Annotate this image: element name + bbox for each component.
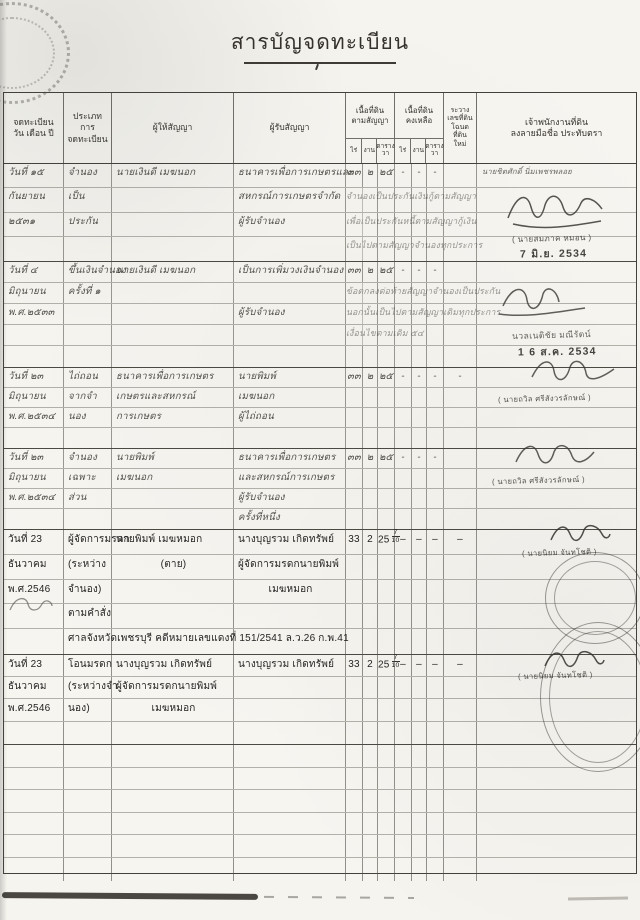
- table-cell: -: [427, 262, 444, 282]
- table-cell: [363, 509, 378, 529]
- table-cell: เป็นการเพิ่มวงเงินจำนอง: [234, 262, 346, 282]
- table-cell: [427, 489, 444, 508]
- table-cell: [412, 745, 427, 767]
- table-cell: [412, 813, 427, 835]
- table-cell: [4, 813, 64, 835]
- table-cell: พ.ศ.๒๕๓๓: [4, 304, 64, 324]
- table-cell: [346, 677, 363, 698]
- table-row: ครั้งที่หนึ่ง: [4, 509, 636, 529]
- table-cell: มิถุนายน: [4, 469, 64, 488]
- table-cell: [412, 835, 427, 857]
- table-cell: ผู้จัดการมรดกนายพิมพ์: [234, 555, 346, 579]
- table-cell: [112, 346, 234, 367]
- table-cell: [363, 408, 378, 427]
- table-cell: [363, 722, 378, 744]
- header-date-line1: จดทะเบียน: [13, 117, 53, 128]
- table-cell: [112, 428, 234, 448]
- table-cell: –: [444, 530, 477, 554]
- table-cell: [378, 604, 395, 628]
- table-cell: [395, 509, 412, 529]
- header-sub-wa: ตารางวา: [377, 139, 394, 163]
- table-cell: [412, 408, 427, 427]
- table-cell: [346, 428, 363, 448]
- table-cell: [378, 388, 395, 407]
- table-cell: [363, 858, 378, 881]
- officer-name-stamp-3: ( นายถวิล ศรีสังวรลักษณ์ ): [498, 392, 591, 406]
- table-cell: 2: [363, 655, 378, 676]
- scanned-registration-page: สารบัญจดทะเบียน จดทะเบียน วัน เดือน ปี ป…: [0, 0, 640, 920]
- table-cell: [477, 858, 636, 881]
- table-cell: [444, 388, 477, 407]
- table-cell: เงื่อนไขตามเดิม ๕๔: [346, 325, 363, 345]
- table-cell: [427, 835, 444, 857]
- table-cell: นอง: [64, 408, 112, 427]
- table-cell: พ.ศ.2546: [4, 699, 64, 720]
- table-cell: –: [427, 655, 444, 676]
- title-underline: [244, 62, 396, 64]
- table-cell: [234, 325, 346, 345]
- header-area-contract-line2: ตามสัญญา: [351, 116, 388, 126]
- header-ravang-line4: ใหม่: [454, 141, 467, 149]
- table-cell: จากจำ: [64, 388, 112, 407]
- table-cell: [112, 188, 234, 211]
- table-cell: [234, 604, 346, 628]
- margin-scribble: [8, 594, 54, 621]
- table-cell: [378, 858, 395, 881]
- header-type-line2: การ: [80, 122, 95, 133]
- table-cell: [444, 469, 477, 488]
- table-cell: [378, 555, 395, 579]
- table-cell: [4, 858, 64, 881]
- table-cell: [427, 408, 444, 427]
- table-cell: [346, 489, 363, 508]
- table-cell: จำนองเป็นประกันเงินกู้ตามสัญญา: [346, 188, 363, 211]
- table-cell: นางบุญรวม เกิดทรัพย์: [234, 655, 346, 676]
- table-row: พ.ศ.๒๕๓๔นองการเกษตรผู้ไถ่ถอน: [4, 408, 636, 428]
- table-cell: [363, 604, 378, 628]
- table-cell: ๒๕: [378, 368, 395, 387]
- table-cell: [64, 745, 112, 767]
- table-cell: ไถ่ถอน: [64, 368, 112, 387]
- header-type-line3: จดทะเบียน: [67, 134, 107, 145]
- table-cell: –: [395, 530, 412, 554]
- table-cell: ๓๓: [346, 368, 363, 387]
- table-cell: [112, 604, 234, 628]
- table-cell: ๒๕: [378, 449, 395, 468]
- table-body: วันที่ ๑๕จำนองนายเงินดี เมฆนอกธนาคารเพื่…: [4, 164, 636, 881]
- table-cell: ๒๕๓๑: [4, 213, 64, 236]
- table-cell: เฉพาะ: [64, 469, 112, 488]
- table-cell: [395, 555, 412, 579]
- table-cell: [64, 722, 112, 744]
- table-cell: [112, 722, 234, 744]
- table-cell: [444, 768, 477, 790]
- table-cell: [234, 428, 346, 448]
- scan-smudge-bottom: [2, 892, 258, 900]
- table-cell: [477, 835, 636, 857]
- table-block-b7: [4, 745, 636, 881]
- table-cell: ประกัน: [64, 213, 112, 236]
- table-cell: [427, 604, 444, 628]
- table-cell: [412, 858, 427, 881]
- table-cell: [112, 325, 234, 345]
- table-cell: [444, 699, 477, 720]
- officer-name-stamp-5: ( นายนิยม จันทโชติ ): [522, 546, 597, 560]
- table-cell: [112, 283, 234, 303]
- table-cell: [444, 580, 477, 604]
- scan-smudge-bottom-right: [568, 896, 628, 900]
- table-cell: ตามคำสั่ง: [64, 604, 112, 628]
- table-cell: [378, 722, 395, 744]
- table-cell: [234, 858, 346, 881]
- table-cell: ธันวาคม: [4, 555, 64, 579]
- table-row: [4, 813, 636, 836]
- table-cell: 25710: [378, 530, 395, 554]
- table-cell: [4, 428, 64, 448]
- table-cell: ครั้งที่ ๑: [64, 283, 112, 303]
- table-cell: [427, 388, 444, 407]
- officer-signature-2: [497, 282, 587, 320]
- table-cell: ผู้รับจำนอง: [234, 304, 346, 324]
- table-cell: [363, 580, 378, 604]
- table-cell: นายเงินดี เมฆนอก: [112, 164, 234, 187]
- table-cell: [477, 813, 636, 835]
- table-cell: ๓๓: [346, 262, 363, 282]
- header-giver: ผู้ให้สัญญา: [112, 93, 234, 163]
- table-cell: [4, 768, 64, 790]
- table-cell: [427, 325, 444, 345]
- table-cell: [346, 408, 363, 427]
- table-cell: วันที่ 23: [4, 655, 64, 676]
- table-cell: ๒: [363, 262, 378, 282]
- table-cell: [412, 428, 427, 448]
- table-row: พ.ศ.2546จำนอง)เมฆหมอก: [4, 580, 636, 605]
- table-cell: -: [427, 449, 444, 468]
- header-type-line1: ประเภท: [73, 111, 102, 122]
- header-ravang-line3: โฉนดที่ดิน: [445, 124, 475, 141]
- table-row: พ.ศ.๒๕๓๔ส่วนผู้รับจำนอง: [4, 489, 636, 509]
- table-cell: ธนาคารเพื่อการเกษตรและ: [234, 164, 346, 187]
- table-cell: [412, 790, 427, 812]
- table-cell: [363, 677, 378, 698]
- table-cell: [444, 408, 477, 427]
- table-cell: [444, 164, 477, 187]
- table-cell: [427, 722, 444, 744]
- table-cell: (ระหว่าง: [64, 555, 112, 579]
- table-cell: (ตาย): [112, 555, 234, 579]
- table-row: ตามคำสั่ง: [4, 604, 636, 629]
- table-cell: [395, 388, 412, 407]
- table-cell: [444, 813, 477, 835]
- table-cell: [427, 428, 444, 448]
- table-row: [4, 722, 636, 744]
- table-cell: วันที่ ๔: [4, 262, 64, 282]
- table-cell: [395, 408, 412, 427]
- table-cell: ข้อตกลงต่อท้ายสัญญาจำนองเป็นประกัน: [346, 283, 363, 303]
- table-cell: สหกรณ์การเกษตรจำกัด: [234, 188, 346, 211]
- table-cell: [112, 745, 234, 767]
- table-cell: เมฆนอก: [234, 388, 346, 407]
- table-cell: วันที่ ๒๓: [4, 449, 64, 468]
- table-cell: ครั้งที่หนึ่ง: [234, 509, 346, 529]
- table-cell: –: [395, 655, 412, 676]
- table-cell: [427, 555, 444, 579]
- table-cell: -: [395, 449, 412, 468]
- table-cell: [64, 835, 112, 857]
- table-cell: [427, 745, 444, 767]
- table-row: [4, 858, 636, 881]
- table-cell: [4, 722, 64, 744]
- table-cell: [427, 768, 444, 790]
- table-cell: จำนอง): [64, 580, 112, 604]
- table-cell: [363, 813, 378, 835]
- table-cell: [346, 509, 363, 529]
- table-cell: [346, 722, 363, 744]
- table-cell: [112, 580, 234, 604]
- table-cell: [412, 677, 427, 698]
- table-cell: 33: [346, 530, 363, 554]
- table-cell: [112, 213, 234, 236]
- table-cell: [64, 790, 112, 812]
- table-cell: [378, 835, 395, 857]
- table-cell: [363, 428, 378, 448]
- table-cell: นางบุญรวม เกิดทรัพย์: [234, 530, 346, 554]
- table-cell: -: [427, 164, 444, 187]
- table-cell: [112, 509, 234, 529]
- table-cell: [395, 604, 412, 628]
- table-cell: [363, 835, 378, 857]
- table-cell: [378, 677, 395, 698]
- table-cell: พ.ศ.๒๕๓๔: [4, 489, 64, 508]
- table-cell: [427, 699, 444, 720]
- table-cell: วันที่ ๒๓: [4, 368, 64, 387]
- table-cell: การเกษตร: [112, 408, 234, 427]
- table-cell: ธนาคารเพื่อการเกษตร: [234, 449, 346, 468]
- table-cell: [444, 835, 477, 857]
- table-cell: [234, 722, 346, 744]
- table-row: [4, 835, 636, 858]
- table-cell: [346, 699, 363, 720]
- table-cell: นอง): [64, 699, 112, 720]
- table-cell: [234, 835, 346, 857]
- table-cell: [112, 813, 234, 835]
- table-cell: [378, 768, 395, 790]
- officer-date-stamp-1: 7 มิ.ย. 2534: [520, 245, 587, 263]
- table-row: วันที่ ๔ขึ้นเงินจำนองนายเงินดี เมฆนอกเป็…: [4, 262, 636, 283]
- garuda-seal-partial: [0, 2, 70, 104]
- table-cell: [444, 790, 477, 812]
- table-cell: [64, 346, 112, 367]
- table-cell: เมฆหมอก: [112, 699, 234, 720]
- table-cell: [395, 813, 412, 835]
- table-cell: [346, 604, 363, 628]
- table-row: [4, 745, 636, 768]
- table-cell: [234, 790, 346, 812]
- table-cell: -: [412, 262, 427, 282]
- table-cell: [378, 428, 395, 448]
- table-cell: [346, 388, 363, 407]
- table-cell: [395, 469, 412, 488]
- table-cell: วันที่ 23: [4, 530, 64, 554]
- table-cell: –: [412, 655, 427, 676]
- table-cell: [363, 489, 378, 508]
- page-title: สารบัญจดทะเบียน: [0, 26, 640, 59]
- table-cell: [444, 722, 477, 744]
- table-cell: [363, 555, 378, 579]
- table-cell: -: [412, 164, 427, 187]
- officer-name-stamp-6: ( นายนิยม จันทโชติ ): [518, 669, 593, 683]
- header-ravang-line2: เลขที่ดิน: [447, 115, 472, 123]
- table-cell: ๓๓: [346, 164, 363, 187]
- table-cell: 33: [346, 655, 363, 676]
- table-header: จดทะเบียน วัน เดือน ปี ประเภท การ จดทะเบ…: [4, 93, 636, 164]
- table-cell: [395, 629, 412, 654]
- table-cell: ๒: [363, 368, 378, 387]
- header-sub-ngan: งาน: [411, 139, 426, 163]
- table-cell: [112, 237, 234, 261]
- table-cell: [112, 835, 234, 857]
- table-cell: [346, 813, 363, 835]
- table-cell: [363, 699, 378, 720]
- table-cell: [444, 449, 477, 468]
- table-cell: [395, 677, 412, 698]
- table-cell: พ.ศ.๒๕๓๔: [4, 408, 64, 427]
- table-cell: [112, 489, 234, 508]
- table-cell: [4, 629, 64, 654]
- table-cell: [395, 699, 412, 720]
- table-cell: ผู้รับจำนอง: [234, 489, 346, 508]
- table-cell: -: [412, 368, 427, 387]
- table-cell: [427, 469, 444, 488]
- table-cell: [412, 699, 427, 720]
- table-cell: [395, 745, 412, 767]
- table-cell: [427, 580, 444, 604]
- table-cell: ๒๕: [378, 262, 395, 282]
- header-sub-rai: ไร่: [346, 139, 362, 163]
- table-cell: [64, 509, 112, 529]
- table-cell: [444, 604, 477, 628]
- table-cell: [412, 469, 427, 488]
- header-type: ประเภท การ จดทะเบียน: [64, 93, 112, 163]
- table-cell: [346, 346, 363, 367]
- table-cell: [378, 408, 395, 427]
- table-cell: [378, 346, 395, 367]
- table-cell: -: [395, 164, 412, 187]
- table-cell: [4, 790, 64, 812]
- table-cell: [234, 813, 346, 835]
- header-sub-rai: ไร่: [395, 139, 411, 163]
- table-cell: เป็น: [64, 188, 112, 211]
- table-cell: [112, 790, 234, 812]
- table-cell: [427, 629, 444, 654]
- table-cell: [477, 489, 636, 508]
- table-cell: [477, 262, 636, 282]
- table-cell: -: [444, 368, 477, 387]
- table-cell: [363, 768, 378, 790]
- officer-name-stamp-2: นวลเนติชัย มณีรัตน์: [512, 327, 591, 343]
- table-cell: [234, 237, 346, 261]
- table-cell: [378, 745, 395, 767]
- table-cell: [444, 489, 477, 508]
- table-cell: ส่วน: [64, 489, 112, 508]
- table-cell: [4, 325, 64, 345]
- table-cell: [234, 346, 346, 367]
- table-cell: วันที่ ๑๕: [4, 164, 64, 187]
- table-cell: ผู้จัดการมรดกนายพิมพ์: [112, 677, 234, 698]
- table-cell: –: [444, 655, 477, 676]
- table-cell: [4, 509, 64, 529]
- header-sub-ngan: งาน: [362, 139, 377, 163]
- table-cell: [4, 346, 64, 367]
- table-cell: [363, 346, 378, 367]
- table-cell: -: [395, 262, 412, 282]
- table-cell: [4, 745, 64, 767]
- table-cell: นายพิมพ์: [112, 449, 234, 468]
- table-cell: [444, 509, 477, 529]
- table-cell: กันยายน: [4, 188, 64, 211]
- table-cell: [64, 428, 112, 448]
- table-cell: [346, 790, 363, 812]
- table-cell: นายพิมพ์: [234, 368, 346, 387]
- table-cell: [112, 304, 234, 324]
- table-cell: ธันวาคม: [4, 677, 64, 698]
- table-cell: [412, 722, 427, 744]
- table-cell: [427, 677, 444, 698]
- table-cell: ธนาคารเพื่อการเกษตร: [112, 368, 234, 387]
- table-cell: [112, 858, 234, 881]
- officer-signature-3: [528, 355, 616, 391]
- table-cell: [346, 580, 363, 604]
- officer-name-stamp-4: ( นายถวิล ศรีสังวรลักษณ์ ): [492, 474, 585, 488]
- table-cell: [346, 835, 363, 857]
- table-cell: [112, 768, 234, 790]
- table-cell: [395, 428, 412, 448]
- table-cell: นายเงินดี เมฆนอก: [112, 262, 234, 282]
- header-receiver: ผู้รับสัญญา: [234, 93, 346, 163]
- table-cell: [64, 304, 112, 324]
- table-cell: [444, 858, 477, 881]
- table-cell: [395, 858, 412, 881]
- table-cell: [363, 745, 378, 767]
- table-cell: [64, 237, 112, 261]
- table-cell: มิถุนายน: [4, 388, 64, 407]
- table-cell: [378, 469, 395, 488]
- table-cell: [378, 489, 395, 508]
- table-cell: [346, 745, 363, 767]
- table-row: [4, 768, 636, 791]
- table-cell: [395, 835, 412, 857]
- table-cell: [378, 699, 395, 720]
- table-cell: [427, 813, 444, 835]
- table-cell: เกษตรและสหกรณ์: [112, 388, 234, 407]
- table-cell: นอกนั้นเป็นไปตามสัญญาเดิมทุกประการ: [346, 304, 363, 324]
- table-cell: ๒: [363, 449, 378, 468]
- table-cell: จำนอง: [64, 164, 112, 187]
- table-cell: [363, 469, 378, 488]
- header-officer-line2: ลงลายมือชื่อ ประทับตรา: [511, 128, 603, 139]
- table-cell: [346, 768, 363, 790]
- table-cell: นายพิมพ์ เมฆหมอก: [112, 530, 234, 554]
- table-cell: ผู้ไถ่ถอน: [234, 408, 346, 427]
- header-area-remaining-line2: คงเหลือ: [406, 116, 432, 126]
- table-cell: [412, 388, 427, 407]
- table-cell: [234, 768, 346, 790]
- table-cell: [412, 489, 427, 508]
- table-cell: [234, 677, 346, 698]
- table-cell: นายชิตศักดิ์ นิ่มเพชรพลอย: [477, 164, 636, 187]
- table-cell: [395, 790, 412, 812]
- header-officer-line1: เจ้าพนักงานที่ดิน: [525, 117, 588, 128]
